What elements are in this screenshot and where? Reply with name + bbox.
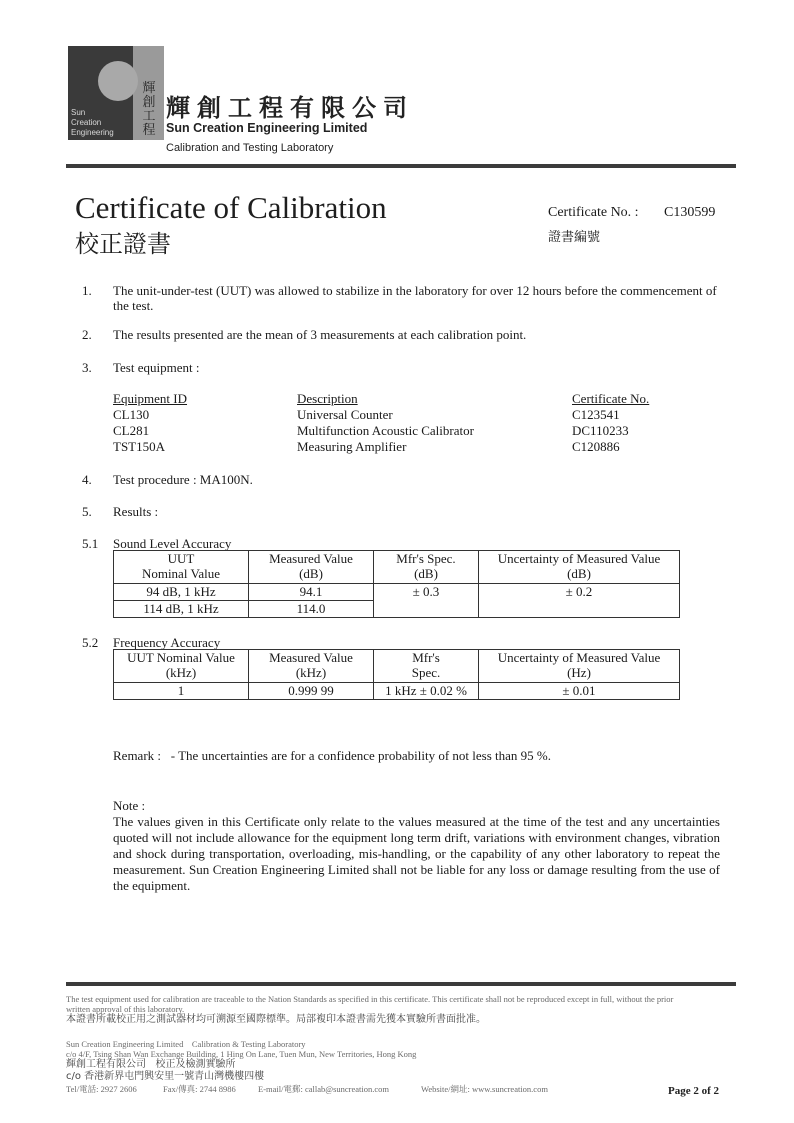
company-name-cjk: 輝創工程有限公司 [166,88,414,123]
nominal-value-cell: 94 dB, 1 kHz [114,584,249,601]
footer-website[interactable]: Website/網址: www.suncreation.com [421,1084,548,1094]
measured-value-cell: 94.1 [249,584,374,601]
equipment-id: CL130 [113,407,149,423]
equipment-description: Universal Counter [297,407,393,423]
footer-address-cjk: c/o 香港新界屯門興安里一號青山灣機樓四樓 [66,1071,264,1082]
footer-company-cjk: 輝創工程有限公司 校正及檢測實驗所 [66,1059,236,1070]
footer-email[interactable]: E-mail/電郵: callab@suncreation.com [258,1084,389,1094]
certificate-number-label: Certificate No. : [548,205,639,221]
item-number: 3. [82,360,92,376]
note-label: Note : [113,798,145,814]
header-cell: Measured Value(kHz) [249,650,374,683]
header-cell: Mfr'sSpec. [374,650,479,683]
nominal-value-cell: 114 dB, 1 kHz [114,601,249,618]
lab-name: Calibration and Testing Laboratory [166,142,333,154]
table-header-row: UUT Nominal Value(kHz) Measured Value(kH… [114,650,680,683]
sound-level-table: UUTNominal Value Measured Value(dB) Mfr'… [113,550,680,618]
item-number: 4. [82,472,92,488]
footer-tel: Tel/電話: 2927 2606 [66,1084,137,1094]
footer-divider [66,982,736,986]
header-cell: UUTNominal Value [114,551,249,584]
footer-address: c/o 4/F, Tsing Shan Wan Exchange Buildin… [66,1049,416,1059]
spec-cell: ± 0.3 [374,584,479,618]
certificate-no-header: Certificate No. [572,391,649,407]
equipment-certificate: C123541 [572,407,620,423]
traceability-statement: The test equipment used for calibration … [66,994,673,1004]
header-cell: Uncertainty of Measured Value(dB) [479,551,680,584]
equipment-description: Measuring Amplifier [297,439,406,455]
company-name-en: Sun Creation Engineering Limited [166,121,367,135]
section-number: 5.1 [82,536,98,552]
certificate-number-label-cjk: 證書編號 [548,226,600,245]
certificate-number: C130599 [664,205,715,221]
remark-text: Remark : - The uncertainties are for a c… [113,748,551,764]
equipment-certificate: DC110233 [572,423,629,439]
traceability-statement-cont: written approval of this laboratory. [66,1004,184,1014]
page-number: Page 2 of 2 [668,1085,719,1097]
logo-en-line: Sun [71,108,114,118]
table-row: 94 dB, 1 kHz 94.1 ± 0.3 ± 0.2 [114,584,680,601]
description-header: Description [297,391,358,407]
logo-en-line: Creation [71,118,114,128]
company-logo: 輝創工程 Sun Creation Engineering [68,46,164,140]
table-header-row: UUTNominal Value Measured Value(dB) Mfr'… [114,551,680,584]
footer-fax: Fax/傳真: 2744 8986 [163,1084,236,1094]
equipment-id: TST150A [113,439,165,455]
frequency-table: UUT Nominal Value(kHz) Measured Value(kH… [113,649,680,700]
logo-en-line: Engineering [71,128,114,138]
equipment-description: Multifunction Acoustic Calibrator [297,423,474,439]
uncertainty-cell: ± 0.01 [479,683,680,700]
item-text: Test procedure : MA100N. [113,472,725,487]
equipment-id: CL281 [113,423,149,439]
uncertainty-cell: ± 0.2 [479,584,680,618]
measured-value-cell: 0.999 99 [249,683,374,700]
spec-cell: 1 kHz ± 0.02 % [374,683,479,700]
document-title-cjk: 校正證書 [75,224,171,259]
measured-value-cell: 114.0 [249,601,374,618]
nominal-value-cell: 1 [114,683,249,700]
item-number: 5. [82,504,92,520]
note-body: The values given in this Certificate onl… [113,814,720,894]
section-number: 5.2 [82,635,98,651]
header-cell: UUT Nominal Value(kHz) [114,650,249,683]
item-text: Results : [113,504,725,519]
item-number: 2. [82,327,92,343]
item-text: The unit-under-test (UUT) was allowed to… [113,283,725,313]
item-text: The results presented are the mean of 3 … [113,327,725,342]
traceability-statement-cjk: 本證書所載校正用之測試器材均可溯源至國際標準。局部複印本證書需先獲本實驗所書面批… [66,1014,486,1025]
logo-sun-circle-icon [98,61,138,101]
equipment-id-header: Equipment ID [113,391,187,407]
item-text: Test equipment : [113,360,725,375]
logo-cjk-text: 輝創工程 [139,82,159,138]
header-cell: Uncertainty of Measured Value(Hz) [479,650,680,683]
document-title: Certificate of Calibration [75,190,387,226]
header-cell: Measured Value(dB) [249,551,374,584]
table-row: 1 0.999 99 1 kHz ± 0.02 % ± 0.01 [114,683,680,700]
header-cell: Mfr's Spec.(dB) [374,551,479,584]
equipment-certificate: C120886 [572,439,620,455]
footer-company: Sun Creation Engineering Limited Calibra… [66,1039,306,1049]
item-number: 1. [82,283,92,299]
logo-en-text: Sun Creation Engineering [71,108,114,138]
header-divider [66,164,736,168]
